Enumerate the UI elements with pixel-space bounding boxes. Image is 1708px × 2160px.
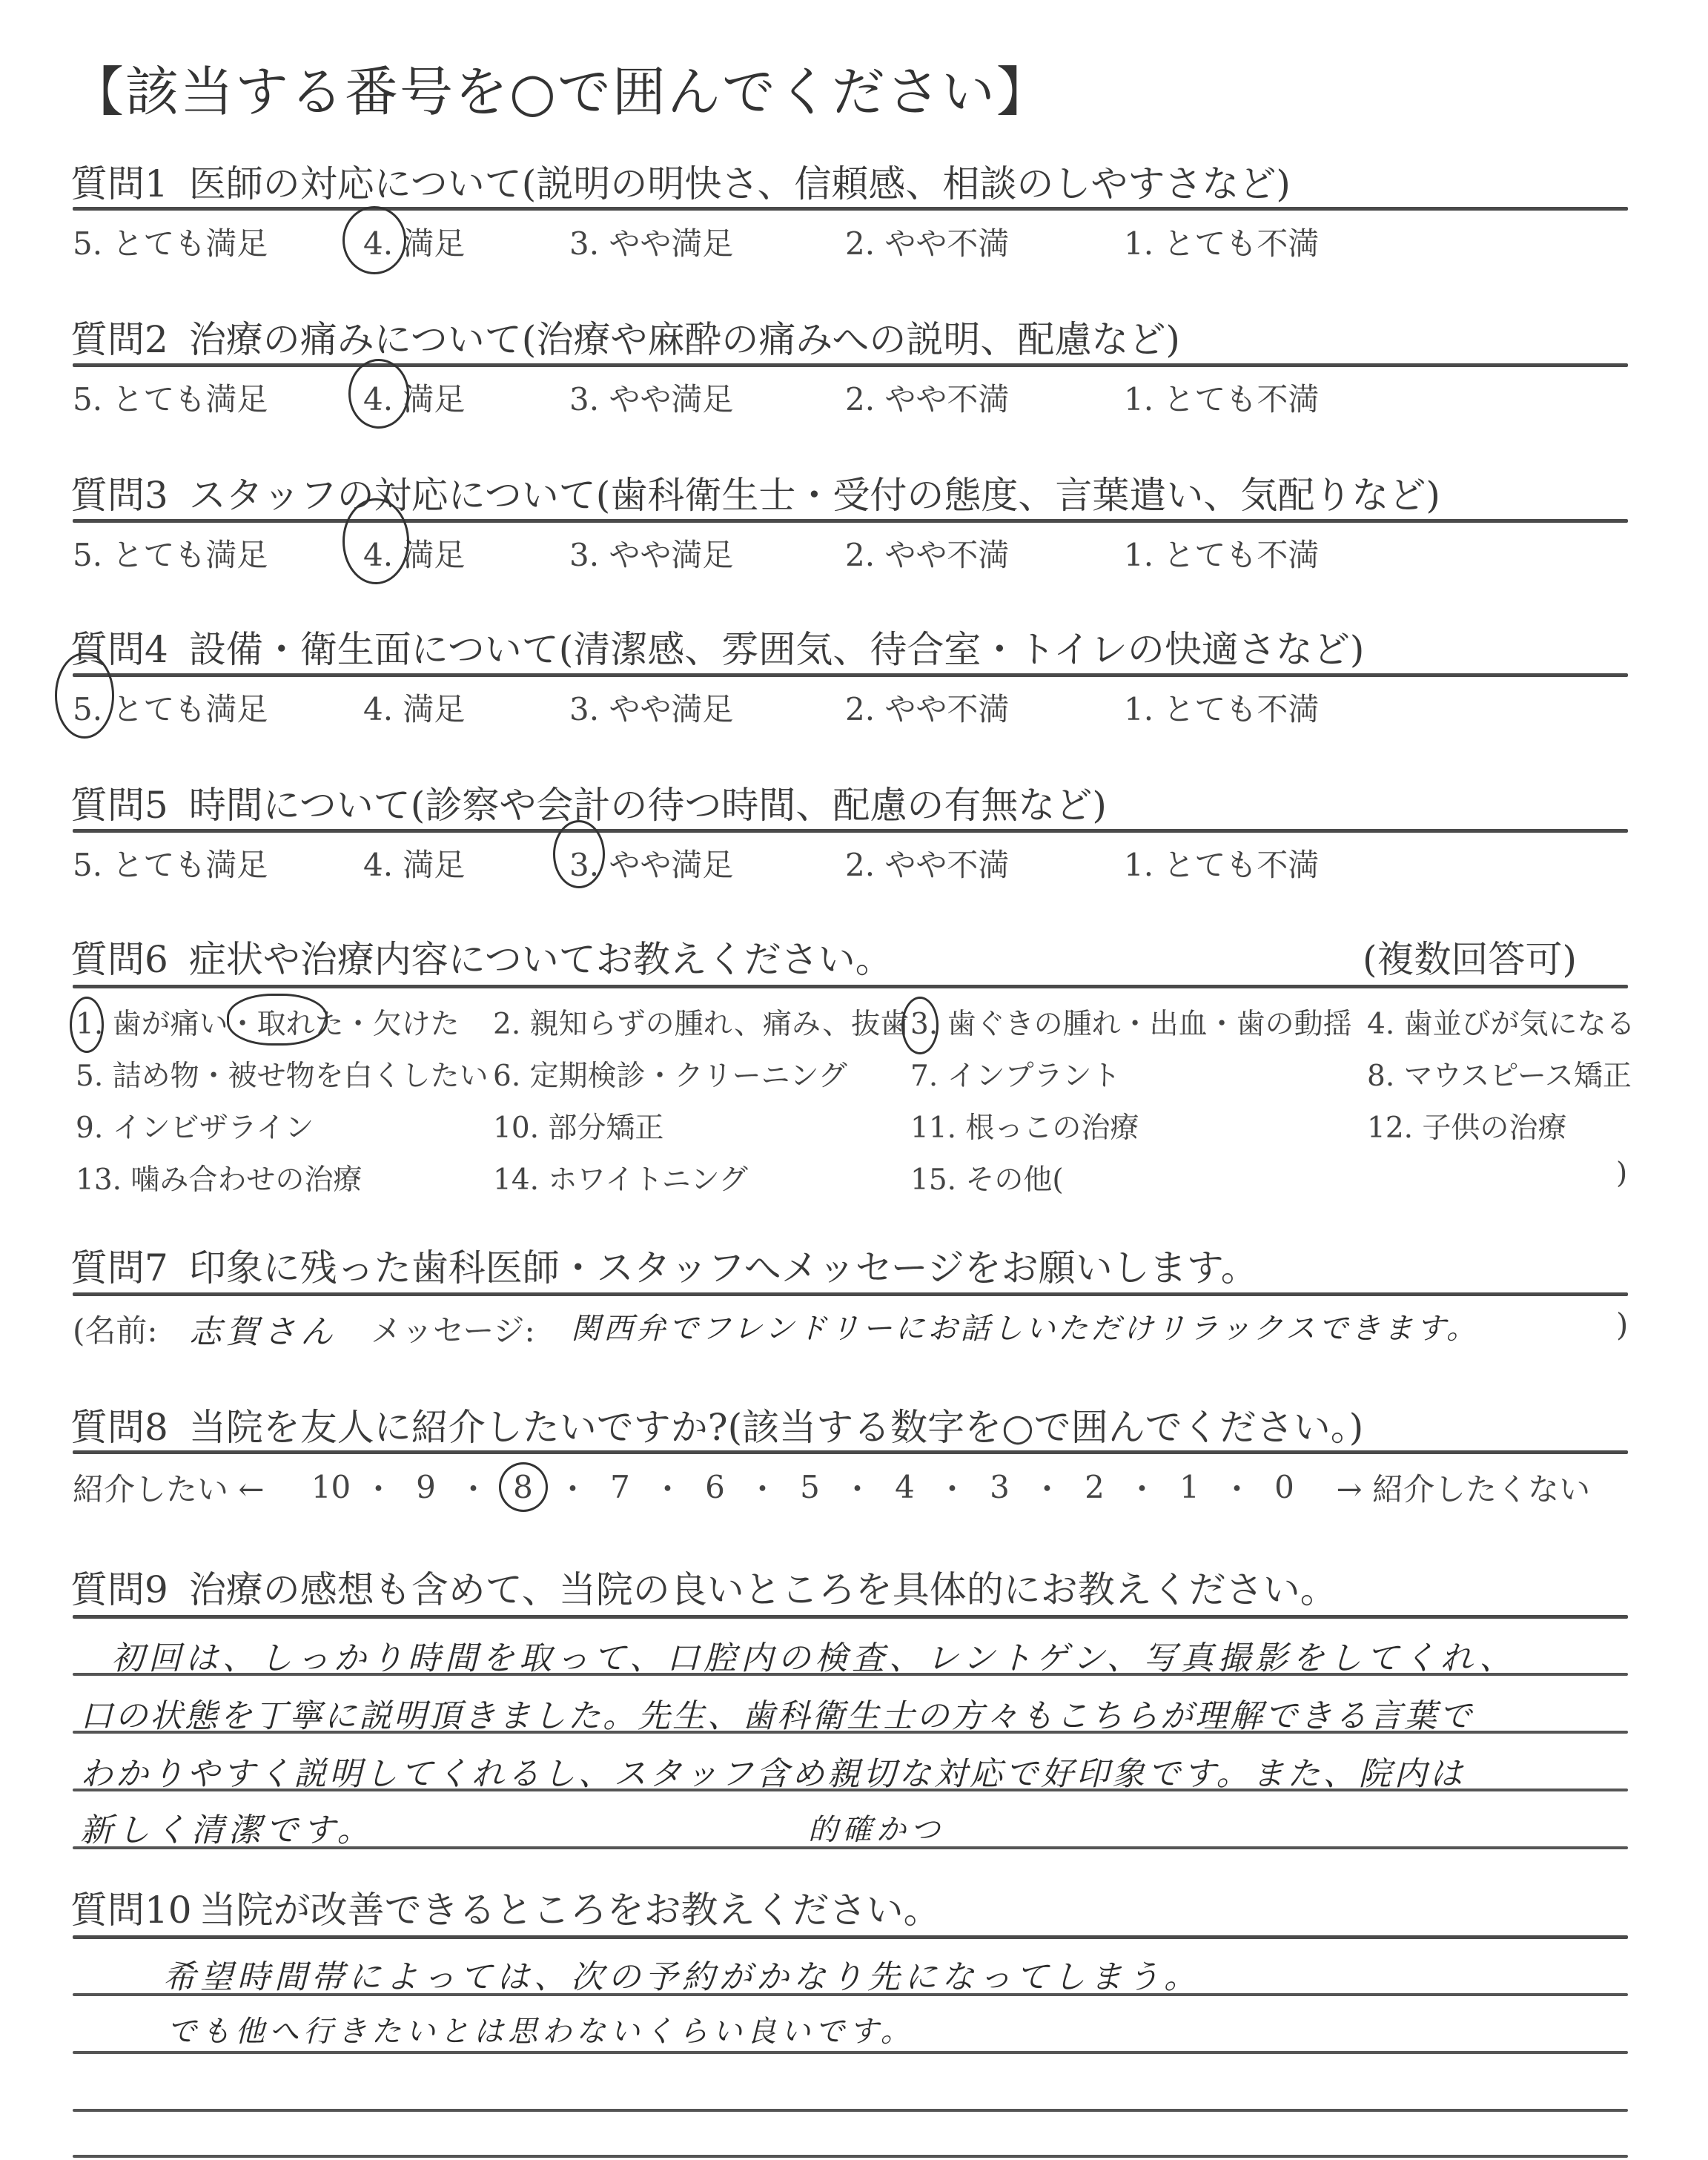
q6-option-13[interactable]: 13. 噛み合わせの治療 — [76, 1157, 362, 1198]
q6-option-10[interactable]: 10. 部分矯正 — [493, 1105, 663, 1146]
divider — [73, 363, 1628, 367]
q9-answer-line-4[interactable]: 新しく清潔です。 — [80, 1803, 374, 1851]
question-text: 当院が改善できるところをお教えください。 — [199, 1889, 941, 1932]
message-value[interactable]: 関西弁でフレンドリーにお話しいただけリラックスできます。 — [571, 1305, 1479, 1347]
recommend-scale: 紹介したい ← 10・ 9・ 8・ 7・ 6・ 5・ 4・ 3・ 2・ 1・ 0… — [73, 1462, 1628, 1512]
q6-option-14[interactable]: 14. ホワイトニング — [493, 1157, 748, 1198]
question-3-heading: 質問3スタッフの対応について(歯科衛生士・受付の態度、言葉遣い、気配りなど) — [70, 466, 1440, 519]
q6-option-5[interactable]: 5. 詰め物・被せ物を白くしたい — [76, 1053, 489, 1094]
question-4-heading: 質問4設備・衛生面について(清潔感、雰囲気、待合室・トイレの快適さなど) — [70, 620, 1364, 673]
separator-dot: ・ — [1212, 1465, 1262, 1510]
question-text: 治療の痛みについて(治療や麻酔の痛みへの説明、配慮など) — [189, 318, 1180, 361]
question-text: 時間について(診察や会計の待つ時間、配慮の有無など) — [189, 784, 1107, 827]
answer-line — [73, 2109, 1628, 2112]
question-number: 質問3 — [70, 474, 168, 517]
q5-option-2[interactable]: 2. やや不満 — [845, 841, 1009, 885]
q6-option-2[interactable]: 2. 親知らずの腫れ、痛み、抜歯 — [493, 1001, 909, 1043]
divider — [73, 673, 1628, 677]
question-1-heading: 質問1医師の対応について(説明の明快さ、信頼感、相談のしやすさなど) — [70, 154, 1291, 208]
question-6-heading: 質問6症状や治療内容についてお教えください。 — [70, 930, 893, 983]
q4-selected-circle — [55, 653, 114, 739]
divider — [73, 829, 1628, 833]
recommend-right-label: → 紹介したくない — [1337, 1465, 1591, 1510]
separator-dot: ・ — [548, 1465, 598, 1510]
q6-option-7[interactable]: 7. インプラント — [910, 1053, 1121, 1094]
q3-option-1[interactable]: 1. とても不満 — [1124, 531, 1319, 575]
separator-dot: ・ — [354, 1465, 404, 1510]
question-text: 当院を友人に紹介したいですか?(該当する数字を○で囲んでください。) — [189, 1406, 1363, 1449]
question-number: 質問7 — [70, 1246, 168, 1289]
q6-option-15[interactable]: 15. その他( — [910, 1157, 1064, 1198]
q10-answer-line-1[interactable]: 希望時間帯によっては、次の予約がかなり先になってしまう。 — [163, 1950, 1201, 1998]
divider — [73, 985, 1628, 988]
q1-option-3[interactable]: 3. やや満足 — [569, 219, 733, 264]
q5-option-1[interactable]: 1. とても不満 — [1124, 841, 1319, 885]
answer-line — [73, 1846, 1628, 1849]
q6-selected-circle-1 — [70, 997, 104, 1053]
q5-option-5[interactable]: 5. とても満足 — [73, 841, 268, 885]
answer-line — [73, 1993, 1628, 1996]
q2-option-5[interactable]: 5. とても満足 — [73, 375, 268, 420]
score-4[interactable]: 4 — [883, 1469, 927, 1505]
answer-line — [73, 1789, 1628, 1791]
score-7[interactable]: 7 — [598, 1469, 643, 1505]
score-5[interactable]: 5 — [788, 1469, 833, 1505]
q2-option-1[interactable]: 1. とても不満 — [1124, 375, 1319, 420]
score-0[interactable]: 0 — [1262, 1469, 1307, 1505]
divider — [73, 1292, 1628, 1296]
q4-option-3[interactable]: 3. やや満足 — [569, 685, 733, 730]
score-9[interactable]: 9 — [404, 1469, 448, 1505]
q9-answer-line-1[interactable]: 初回は、しっかり時間を取って、口腔内の検査、レントゲン、写真撮影をしてくれ、 — [111, 1631, 1516, 1679]
page-title: 【該当する番号を○で囲んでください】 — [70, 49, 1051, 126]
q6-other-close-paren: ) — [1616, 1157, 1627, 1190]
separator-dot: ・ — [738, 1465, 788, 1510]
question-8-heading: 質問8当院を友人に紹介したいですか?(該当する数字を○で囲んでください。) — [70, 1398, 1363, 1451]
q4-option-1[interactable]: 1. とても不満 — [1124, 685, 1319, 730]
score-2[interactable]: 2 — [1073, 1469, 1117, 1505]
q5-option-4[interactable]: 4. 満足 — [363, 841, 465, 885]
q2-selected-circle — [348, 359, 409, 429]
q9-insertion-note: 的確かつ — [808, 1806, 944, 1849]
question-2-heading: 質問2治療の痛みについて(治療や麻酔の痛みへの説明、配慮など) — [70, 310, 1180, 363]
q3-option-2[interactable]: 2. やや不満 — [845, 531, 1009, 575]
q10-answer-line-2[interactable]: でも他へ行きたいとは思わないくらい良いです。 — [167, 2008, 915, 2050]
score-1[interactable]: 1 — [1168, 1469, 1212, 1505]
question-number: 質問9 — [70, 1568, 168, 1611]
separator-dot: ・ — [1022, 1465, 1073, 1510]
q6-option-8[interactable]: 8. マウスピース矯正 — [1367, 1053, 1632, 1094]
score-10[interactable]: 10 — [309, 1469, 354, 1505]
q1-option-5[interactable]: 5. とても満足 — [73, 219, 268, 264]
question-9-heading: 質問9治療の感想も含めて、当院の良いところを具体的にお教えください。 — [70, 1560, 1337, 1614]
question-text: 印象に残った歯科医師・スタッフへメッセージをお願いします。 — [189, 1246, 1258, 1289]
q4-option-2[interactable]: 2. やや不満 — [845, 685, 1009, 730]
divider — [73, 1450, 1628, 1454]
question-number: 質問1 — [70, 162, 168, 205]
q6-selected-circle-3 — [901, 997, 939, 1054]
separator-dot: ・ — [643, 1465, 693, 1510]
answer-line — [73, 1731, 1628, 1734]
score-3[interactable]: 3 — [978, 1469, 1022, 1505]
q3-option-5[interactable]: 5. とても満足 — [73, 531, 268, 575]
question-text: 治療の感想も含めて、当院の良いところを具体的にお教えください。 — [189, 1568, 1337, 1611]
q4-option-4[interactable]: 4. 満足 — [363, 685, 465, 730]
q6-circled-word — [227, 994, 328, 1046]
score-8[interactable]: 8 — [499, 1462, 548, 1512]
q3-option-3[interactable]: 3. やや満足 — [569, 531, 733, 575]
answer-line — [73, 2155, 1628, 2158]
q6-option-6[interactable]: 6. 定期検診・クリーニング — [493, 1053, 847, 1094]
message-close-paren: ) — [1616, 1307, 1628, 1343]
question-number: 質問2 — [70, 318, 168, 361]
name-label: (名前: — [73, 1307, 158, 1351]
q6-option-12[interactable]: 12. 子供の治療 — [1367, 1105, 1566, 1146]
q6-option-4[interactable]: 4. 歯並びが気になる — [1367, 1001, 1635, 1043]
message-label: メッセージ: — [371, 1307, 535, 1351]
question-number: 質問5 — [70, 784, 168, 827]
divider — [73, 207, 1628, 211]
q3-selected-circle — [342, 498, 409, 584]
q6-option-3[interactable]: 3. 歯ぐきの腫れ・出血・歯の動揺 — [910, 1001, 1352, 1043]
question-5-heading: 質問5時間について(診察や会計の待つ時間、配慮の有無など) — [70, 776, 1107, 829]
q9-answer-line-2[interactable]: 口の状態を丁寧に説明頂きました。先生、歯科衛生士の方々もこちらが理解できる言葉で — [80, 1689, 1474, 1737]
question-number: 質問6 — [70, 938, 168, 981]
recommend-left-label: 紹介したい ← — [73, 1465, 265, 1510]
question-text: 症状や治療内容についてお教えください。 — [189, 938, 893, 981]
q1-option-1[interactable]: 1. とても不満 — [1124, 219, 1319, 264]
question-10-heading: 質問10当院が改善できるところをお教えください。 — [70, 1880, 941, 1934]
separator-dot: ・ — [927, 1465, 978, 1510]
separator-dot: ・ — [1117, 1465, 1168, 1510]
separator-dot: ・ — [448, 1465, 499, 1510]
answer-line — [73, 2051, 1628, 2054]
name-value[interactable]: 志賀さん — [189, 1305, 337, 1353]
question-text: 医師の対応について(説明の明快さ、信頼感、相談のしやすさなど) — [189, 162, 1291, 205]
separator-dot: ・ — [833, 1465, 883, 1510]
question-number: 質問8 — [70, 1406, 168, 1449]
q6-option-9[interactable]: 9. インビザライン — [76, 1105, 314, 1146]
divider — [73, 1935, 1628, 1939]
divider — [73, 519, 1628, 523]
question-text: 設備・衛生面について(清潔感、雰囲気、待合室・トイレの快適さなど) — [189, 628, 1365, 671]
answer-line — [73, 1673, 1628, 1676]
multiple-answer-note: (複数回答可) — [1363, 930, 1577, 983]
q6-option-11[interactable]: 11. 根っこの治療 — [910, 1105, 1139, 1146]
q2-option-3[interactable]: 3. やや満足 — [569, 375, 733, 420]
question-number: 質問10 — [70, 1889, 192, 1932]
q9-answer-line-3[interactable]: わかりやすく説明してくれるし、スタッフ含め親切な対応で好印象です。また、院内は — [80, 1747, 1465, 1794]
q5-selected-circle — [553, 820, 605, 888]
q1-option-2[interactable]: 2. やや不満 — [845, 219, 1009, 264]
q1-selected-circle — [342, 206, 406, 274]
score-6[interactable]: 6 — [693, 1469, 738, 1505]
question-7-heading: 質問7印象に残った歯科医師・スタッフへメッセージをお願いします。 — [70, 1238, 1258, 1292]
q2-option-2[interactable]: 2. やや不満 — [845, 375, 1009, 420]
divider — [73, 1615, 1628, 1619]
